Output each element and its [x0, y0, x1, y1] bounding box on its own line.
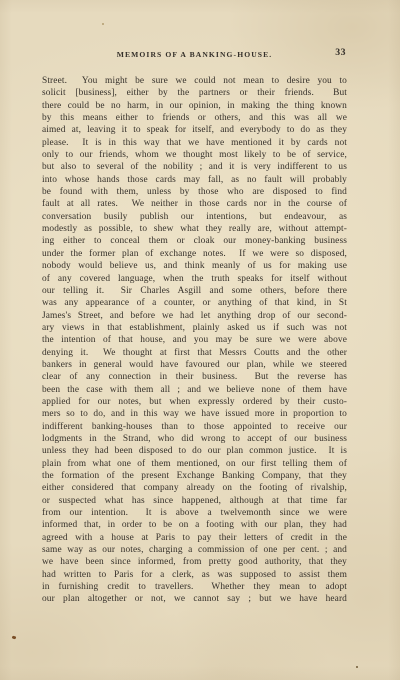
text-line: fault at all rates. We neither in those … [42, 198, 347, 210]
text-line: our plan altogether or not, we cannot sa… [42, 593, 347, 605]
text-line: by this means either to friends or other… [42, 112, 347, 124]
text-line: but also to several of the nobility ; an… [42, 161, 347, 173]
text-line: solicit [business], either by the partne… [42, 87, 347, 99]
text-line: of any covered language, when the truth … [42, 273, 347, 285]
running-header: MEMOIRS OF A BANKING-HOUSE. 33 [42, 49, 347, 61]
text-line: plain from what one of them mentioned, o… [42, 458, 347, 470]
page-body-text: Street. You might be sure we could not m… [42, 75, 347, 606]
text-line: was any appearance of a counter, or anyt… [42, 297, 347, 309]
text-line: from our intention. It is above a twelve… [42, 507, 347, 519]
text-line: lodgments in the Strand, who did wrong t… [42, 433, 347, 445]
text-line: under the former plan of exchange notes.… [42, 248, 347, 260]
text-line: applied for our notes, but when expressl… [42, 396, 347, 408]
text-line: indifferent banking-houses than to those… [42, 421, 347, 433]
text-line: conversation busily publish our intentio… [42, 211, 347, 223]
text-line: there could be no harm, in our opinion, … [42, 100, 347, 112]
text-line: the intention of that house, and you may… [42, 334, 347, 346]
running-header-title: MEMOIRS OF A BANKING-HOUSE. [42, 50, 347, 59]
text-line: we have been since informed, from pretty… [42, 556, 347, 568]
book-page-scan: MEMOIRS OF A BANKING-HOUSE. 33 Street. Y… [0, 0, 400, 680]
text-line: agreed with a house at Paris to pay thei… [42, 532, 347, 544]
text-line: bankers in general would have favoured o… [42, 359, 347, 371]
paper-speck [12, 635, 17, 639]
text-line: our telling it. Sir Charles Asgill and s… [42, 285, 347, 297]
paper-speck [102, 23, 104, 25]
text-line: into whose hands those cards may fall, a… [42, 174, 347, 186]
text-line: the formation of the present Exchange Ba… [42, 470, 347, 482]
text-line: unless they had been disposed to do our … [42, 445, 347, 457]
text-line: denying it. We thought at first that Mes… [42, 347, 347, 359]
paper-speck [356, 666, 358, 668]
text-line: be found with them, unless by those who … [42, 186, 347, 198]
text-line: aimed at, leaving it to speak for itself… [42, 124, 347, 136]
page-number: 33 [335, 47, 346, 58]
text-line: in furnishing credit to travellers. Whet… [42, 581, 347, 593]
text-line: James's Street, and before we had let an… [42, 310, 347, 322]
text-line: had written to Paris for a clerk, as was… [42, 569, 347, 581]
text-line: nobody would believe us, and think meanl… [42, 260, 347, 272]
text-line: either considered that company already o… [42, 482, 347, 494]
text-line: or suspected what has since happened, al… [42, 495, 347, 507]
text-line: been the case with them all ; and we bel… [42, 384, 347, 396]
text-line: only to our friends, whom we thought mos… [42, 149, 347, 161]
text-line: Street. You might be sure we could not m… [42, 75, 347, 87]
text-line: same way as our notes, charging a commis… [42, 544, 347, 556]
text-line: ing either to conceal them or cloak our … [42, 235, 347, 247]
text-line: please. It is in this way that we have m… [42, 137, 347, 149]
text-line: clear of any connection in their busines… [42, 371, 347, 383]
text-line: mers so to do, and in this way we have i… [42, 408, 347, 420]
text-line: ary views in that establishment, plainly… [42, 322, 347, 334]
text-line: modestly as possible, to shew what they … [42, 223, 347, 235]
text-line: informed that, in order to be on a footi… [42, 519, 347, 531]
